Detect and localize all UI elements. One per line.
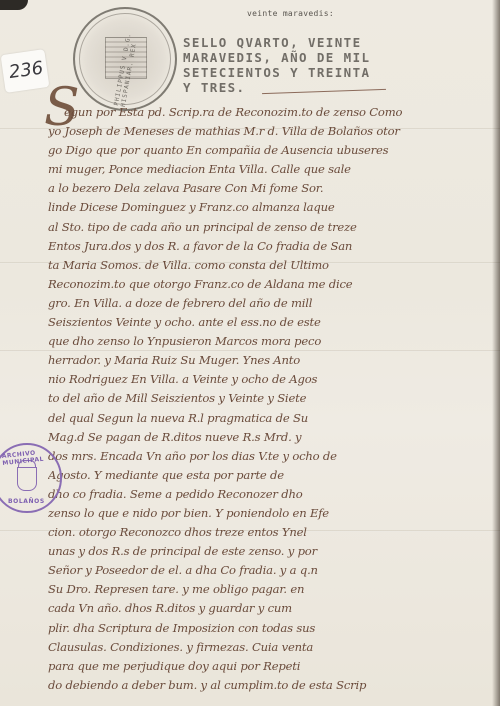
folio-number-label: 236 bbox=[1, 49, 50, 93]
header-line: SELLO QVARTO, VEINTE bbox=[183, 35, 433, 50]
manuscript-line: dho co fradia. Seme a pedido Reconozer d… bbox=[48, 485, 468, 504]
manuscript-line: Mag.d Se pagan de R.ditos nueve R.s Mrd.… bbox=[48, 428, 468, 447]
royal-seal-icon: PHILIPPUS V D.G. HISPANIAR. REX bbox=[73, 7, 177, 111]
manuscript-line: Señor y Poseedor de el. a dha Co fradia.… bbox=[48, 561, 468, 580]
manuscript-line: al Sto. tipo de cada año un principal de… bbox=[48, 218, 468, 237]
manuscript-line: zenso lo que e nido por bien. Y poniendo… bbox=[48, 504, 468, 523]
manuscript-line: Reconozim.to que otorgo Franz.co de Alda… bbox=[48, 275, 468, 294]
manuscript-line: herrador. y Maria Ruiz Su Muger. Ynes An… bbox=[48, 351, 468, 370]
header-line: MARAVEDIS, AÑO DE MIL bbox=[183, 50, 433, 65]
manuscript-line: gro. En Villa. a doze de febrero del año… bbox=[48, 294, 468, 313]
header-line: Y TRES. bbox=[183, 80, 433, 95]
manuscript-line: del qual Segun la nueva R.l pragmatica d… bbox=[48, 409, 468, 428]
archive-stamp-bottom-text: BOLAÑOS bbox=[8, 498, 45, 505]
manuscript-line: Agosto. Y mediante que esta por parte de bbox=[48, 466, 468, 485]
manuscript-line: egun por Esta pd. Scrip.ra de Reconozim.… bbox=[48, 103, 468, 122]
page-corner-shadow bbox=[0, 0, 28, 10]
manuscript-line: Clausulas. Condiziones. y firmezas. Cuia… bbox=[48, 638, 468, 657]
manuscript-line: to del año de Mill Seiszientos y Veinte … bbox=[48, 389, 468, 408]
sealed-paper-header: SELLO QVARTO, VEINTE MARAVEDIS, AÑO DE M… bbox=[183, 35, 433, 95]
manuscript-line: do debiendo a deber bum. y al cumplim.to… bbox=[48, 676, 468, 695]
archive-stamp-top-text: ARCHIVO MUNICIPAL bbox=[1, 447, 60, 467]
manuscript-line: linde Dicese Dominguez y Franz.co almanz… bbox=[48, 198, 468, 217]
page-edge-shadow bbox=[492, 0, 500, 706]
folio-number: 236 bbox=[8, 58, 45, 84]
shield-icon bbox=[17, 467, 37, 491]
manuscript-line: ta Maria Somos. de Villa. como consta de… bbox=[48, 256, 468, 275]
manuscript-line: plir. dha Scriptura de Imposizion con to… bbox=[48, 619, 468, 638]
manuscript-line: nio Rodriguez En Villa. a Veinte y ocho … bbox=[48, 370, 468, 389]
header-line: SETECIENTOS Y TREINTA bbox=[183, 65, 433, 80]
manuscript-body: egun por Esta pd. Scrip.ra de Reconozim.… bbox=[48, 103, 468, 695]
manuscript-line: Seiszientos Veinte y ocho. ante el ess.n… bbox=[48, 313, 468, 332]
stamp-value-line: veinte maravedis: bbox=[247, 9, 334, 18]
manuscript-line: unas y dos R.s de principal de este zens… bbox=[48, 542, 468, 561]
manuscript-line: Entos Jura.dos y dos R. a favor de la Co… bbox=[48, 237, 468, 256]
manuscript-line: cada Vn año. dhos R.ditos y guardar y cu… bbox=[48, 599, 468, 618]
manuscript-line: Su Dro. Represen tare. y me obligo pagar… bbox=[48, 580, 468, 599]
manuscript-line: para que me perjudique doy aqui por Repe… bbox=[48, 657, 468, 676]
manuscript-line: go Digo que por quanto En compañia de Au… bbox=[48, 141, 468, 160]
manuscript-line: cion. otorgo Reconozco dhos treze entos … bbox=[48, 523, 468, 542]
manuscript-line: a lo bezero Dela zelava Pasare Con Mi fo… bbox=[48, 179, 468, 198]
manuscript-line: mi muger, Ponce mediacion Enta Villa. Ca… bbox=[48, 160, 468, 179]
manuscript-page: PHILIPPUS V D.G. HISPANIAR. REX 236 vein… bbox=[0, 0, 500, 706]
manuscript-line: yo Joseph de Meneses de mathias M.r d. V… bbox=[48, 122, 468, 141]
manuscript-line: que dho zenso lo Ynpusieron Marcos mora … bbox=[48, 332, 468, 351]
manuscript-line: dos mrs. Encada Vn año por los dias V.te… bbox=[48, 447, 468, 466]
